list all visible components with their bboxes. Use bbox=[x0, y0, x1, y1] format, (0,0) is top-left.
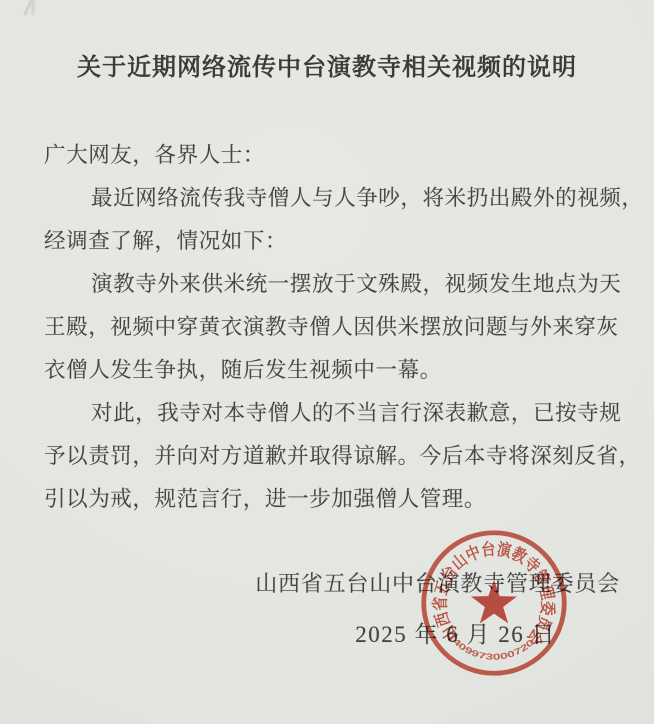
ink-smudge bbox=[18, 0, 42, 15]
body-line: 演教寺外来供米统一摆放于文殊殿，视频发生地点为天 bbox=[44, 263, 624, 306]
star-icon bbox=[471, 580, 517, 624]
official-seal: 山西省五台山中台演教寺管理委员会 1409973000720 bbox=[417, 523, 571, 683]
body-line: 最近网络流传我寺僧人与人争吵，将米扔出殿外的视频， bbox=[44, 177, 624, 220]
document-title: 关于近期网络流传中台演教寺相关视频的说明 bbox=[0, 50, 654, 86]
body-line: 广大网友，各界人士： bbox=[44, 134, 624, 177]
document-photo: 关于近期网络流传中台演教寺相关视频的说明 广大网友，各界人士：最近网络流传我寺僧… bbox=[0, 0, 654, 724]
document-body: 广大网友，各界人士：最近网络流传我寺僧人与人争吵，将米扔出殿外的视频，经调查了解… bbox=[44, 134, 624, 521]
body-line: 对此，我寺对本寺僧人的不当言行深表歉意，已按寺规 bbox=[44, 392, 624, 435]
body-line: 衣僧人发生争执，随后发生视频中一幕。 bbox=[44, 349, 624, 392]
body-line: 予以责罚，并向对方道歉并取得谅解。今后本寺将深刻反省， bbox=[44, 435, 624, 478]
body-line: 经调查了解，情况如下： bbox=[44, 220, 624, 263]
body-line: 引以为戒，规范言行，进一步加强僧人管理。 bbox=[44, 478, 624, 521]
body-line: 王殿，视频中穿黄衣演教寺僧人因供米摆放问题与外来穿灰 bbox=[44, 306, 624, 349]
